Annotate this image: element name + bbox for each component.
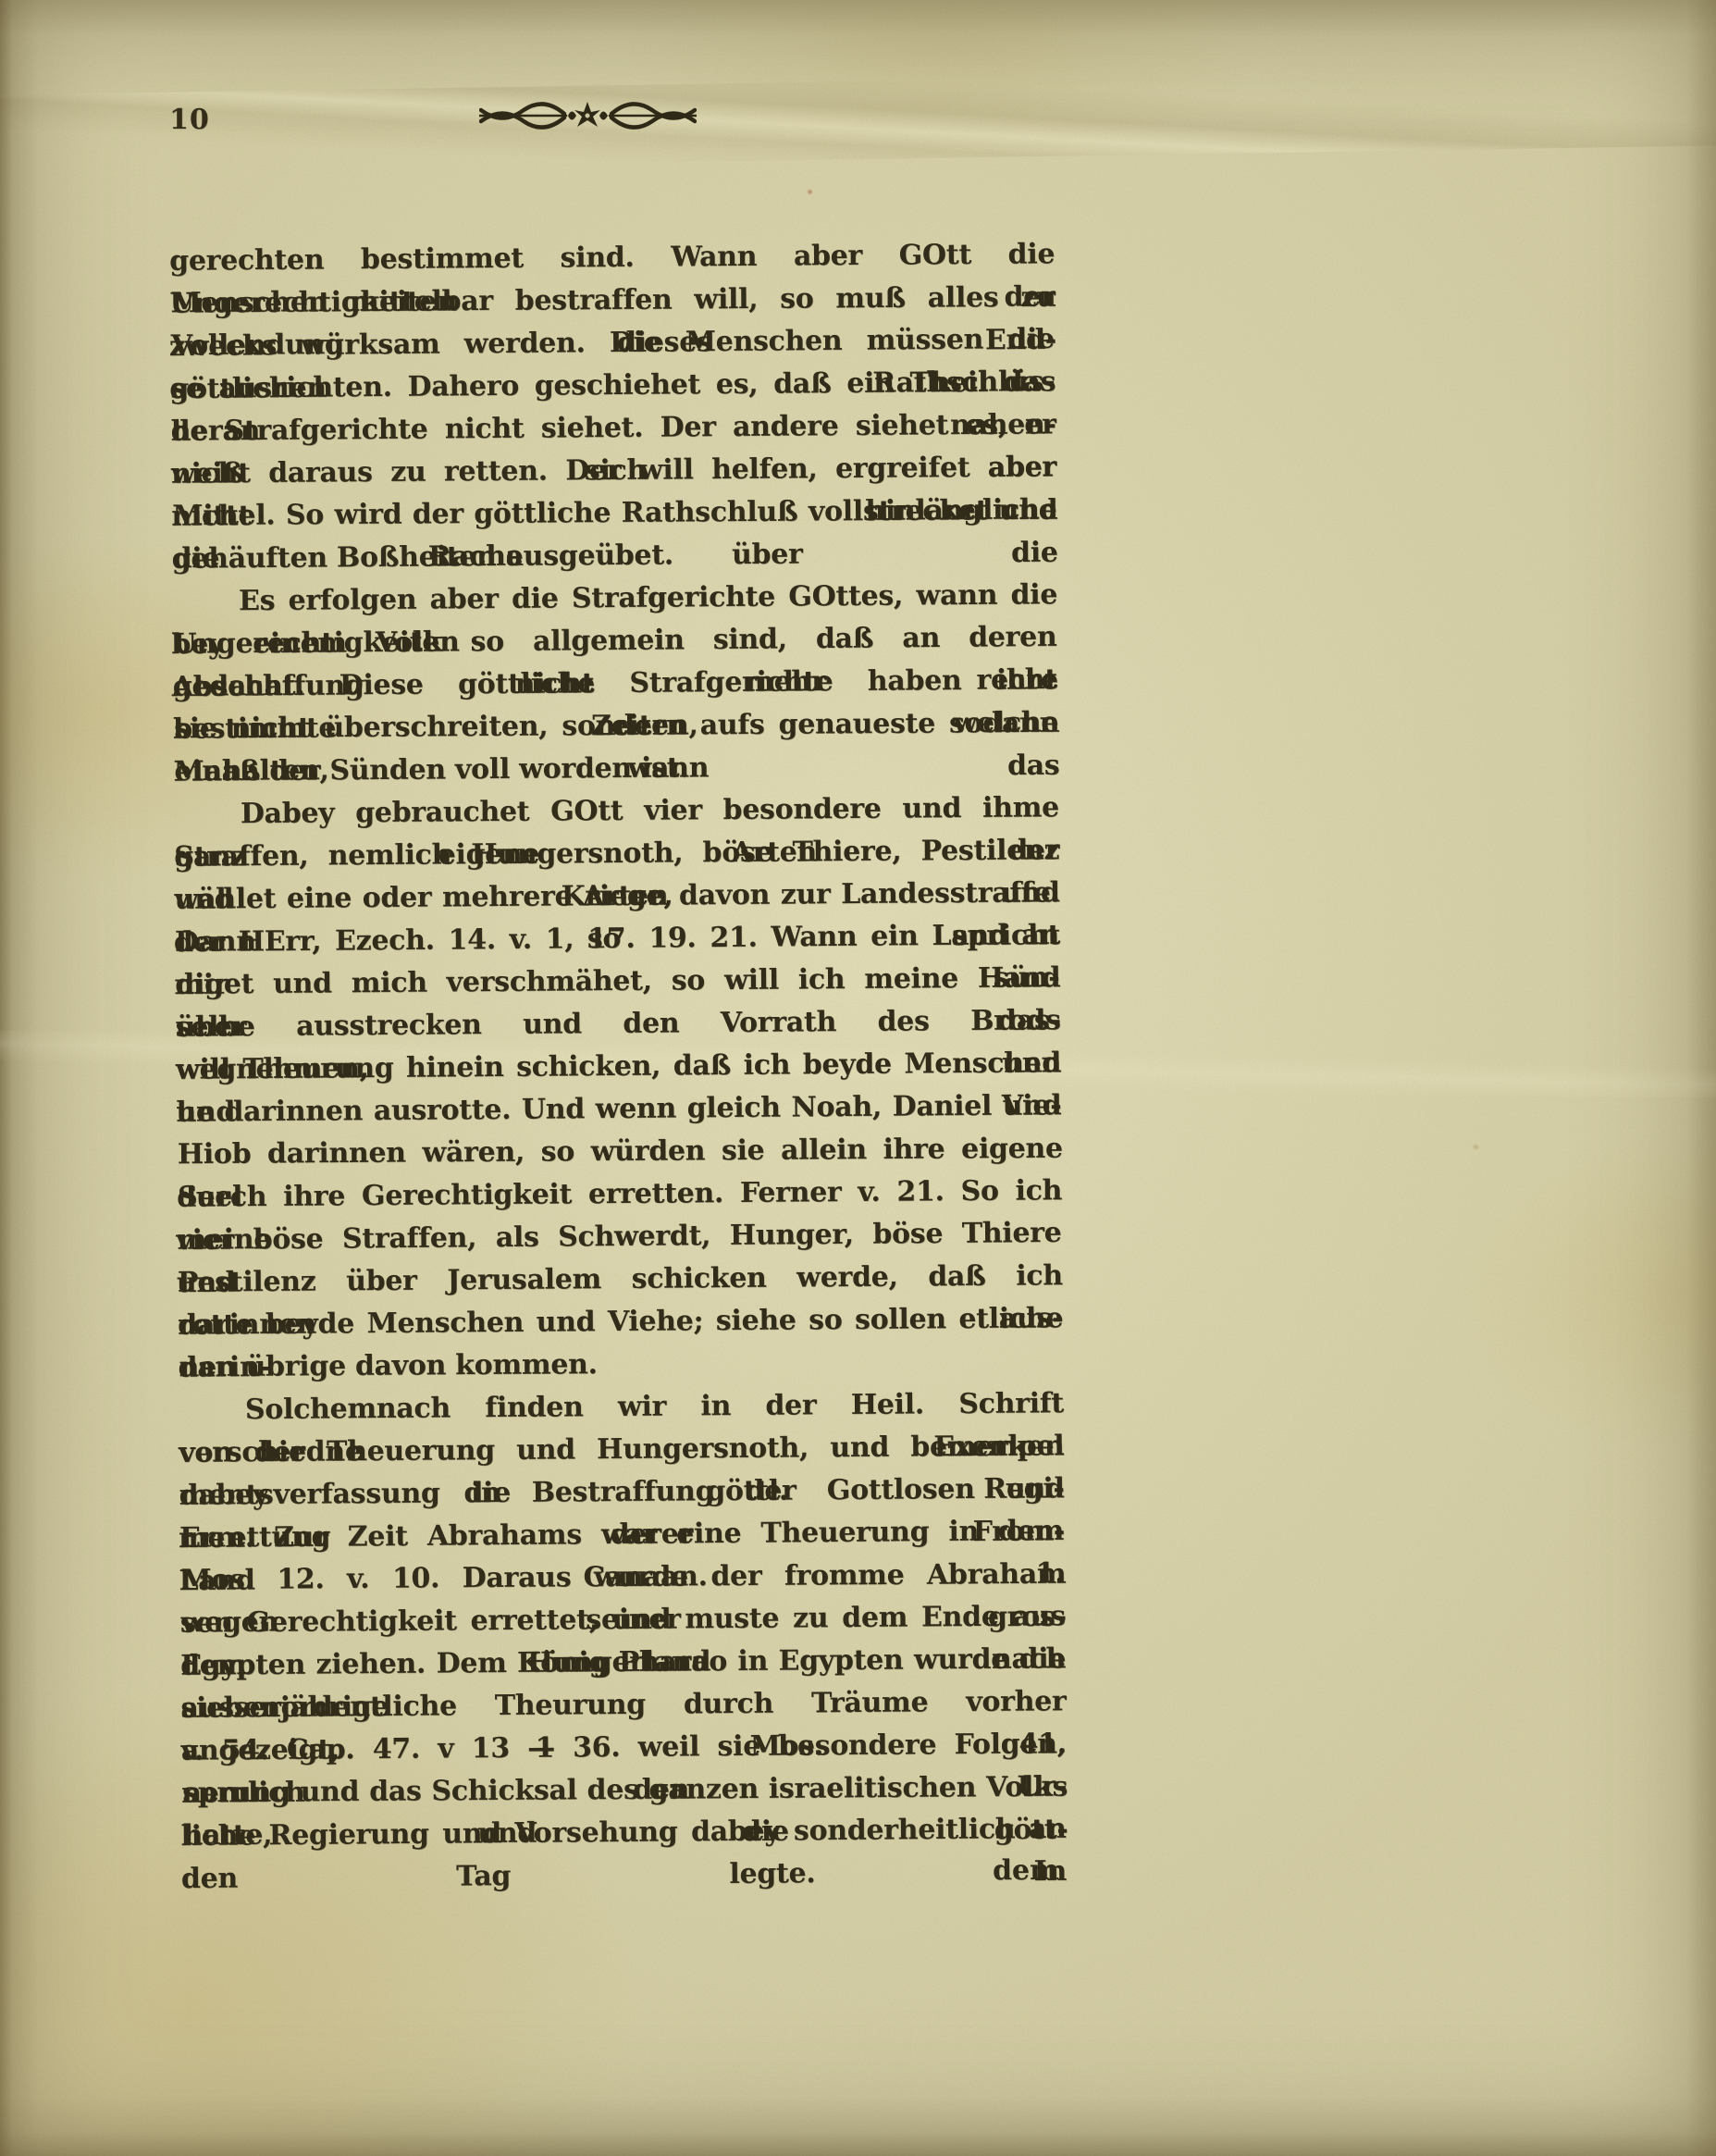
- paper-crease-top: [0, 68, 1716, 173]
- text-line: v. 54. Cap. 47. v 13 — 36. weil sie beso…: [181, 1723, 1067, 1773]
- scanned-book-page: { "page": { "number": "10", "catchword":…: [0, 0, 1716, 2156]
- text-line: liche Regierung und Vorsehung dabey sond…: [180, 1808, 1066, 1858]
- text-line: he darinnen ausrotte. Und wenn gleich No…: [176, 1084, 1061, 1134]
- header-ornament-icon: [479, 96, 697, 135]
- text-line: sprung und das Schicksal des ganzen isra…: [182, 1766, 1068, 1815]
- text-line: Dabey gebrauchet GOtt vier besondere und…: [174, 787, 1059, 836]
- text-line: nen übrige davon kommen.: [179, 1341, 1064, 1390]
- text-line: von der Theuerung und Hungersnoth, und b…: [179, 1425, 1064, 1475]
- text-line: Pestilenz über Jerusalem schicken werde,…: [178, 1255, 1063, 1305]
- text-line: Egypten ziehen. Dem König Pharao in Egyp…: [180, 1638, 1066, 1688]
- text-line: gerechten bestimmet sind. Wann aber GOtt…: [169, 233, 1055, 283]
- text-line: Mos. 12. v. 10. Daraus wurde der fromme …: [180, 1554, 1066, 1603]
- text-line: men. Zur Zeit Abrahams war eine Theuerun…: [179, 1510, 1064, 1560]
- text-line: rotte beyde Menschen und Viehe; siehe so…: [178, 1297, 1063, 1347]
- text-line: sie nicht überschreiten, sondern aufs ge…: [174, 702, 1059, 751]
- text-line: mentsverfassung in Bestraffung der Gottl…: [179, 1468, 1064, 1518]
- text-line: vier böse Straffen, als Schwerdt, Hunger…: [176, 1212, 1061, 1262]
- text-line: Straffen, nemlich Hungersnoth, böse Thie…: [174, 829, 1059, 879]
- text-line: der HErr, Ezech. 14. v. 1, 17. 19. 21. W…: [174, 914, 1059, 964]
- page-text: gerechten bestimmet sind. Wann aber GOtt…: [169, 233, 1068, 1857]
- text-line: durch ihre Gerechtigkeit erretten. Ferne…: [177, 1170, 1062, 1220]
- braided-rule-star-icon: [479, 96, 697, 135]
- text-line: Solchemnach finden wir in der Heil. Schr…: [179, 1382, 1064, 1432]
- catchword: dem: [993, 1854, 1059, 1888]
- text-line: zwecks würksam werden. Die Menschen müss…: [169, 318, 1055, 368]
- text-line: nicht daraus zu retten. Der will helfen,…: [171, 446, 1056, 496]
- text-line: Hiob darinnen wären, so würden sie allei…: [178, 1128, 1063, 1177]
- text-line: bey einem Volk so allgemein sind, daß an…: [171, 616, 1056, 666]
- text-line: Mittel. So wird der göttliche Rathschluß…: [172, 489, 1057, 539]
- text-line: will Theurung hinein schicken, daß ich b…: [176, 1042, 1061, 1092]
- text-line: ausserordentliche Theurung durch Träume …: [180, 1680, 1066, 1730]
- text-line: selbe ausstrecken und den Vorrath des Br…: [176, 999, 1061, 1049]
- text-line: Menschen mittelbar bestraffen will, so m…: [170, 277, 1056, 326]
- page-number: 10: [169, 104, 210, 136]
- text-line: Es erfolgen aber die Strafgerichte GOtte…: [172, 574, 1057, 624]
- text-line: wählet eine oder mehrere Arten davon zur…: [174, 872, 1059, 922]
- text-line: de Strafgerichte nicht siehet. Der ander…: [170, 403, 1056, 453]
